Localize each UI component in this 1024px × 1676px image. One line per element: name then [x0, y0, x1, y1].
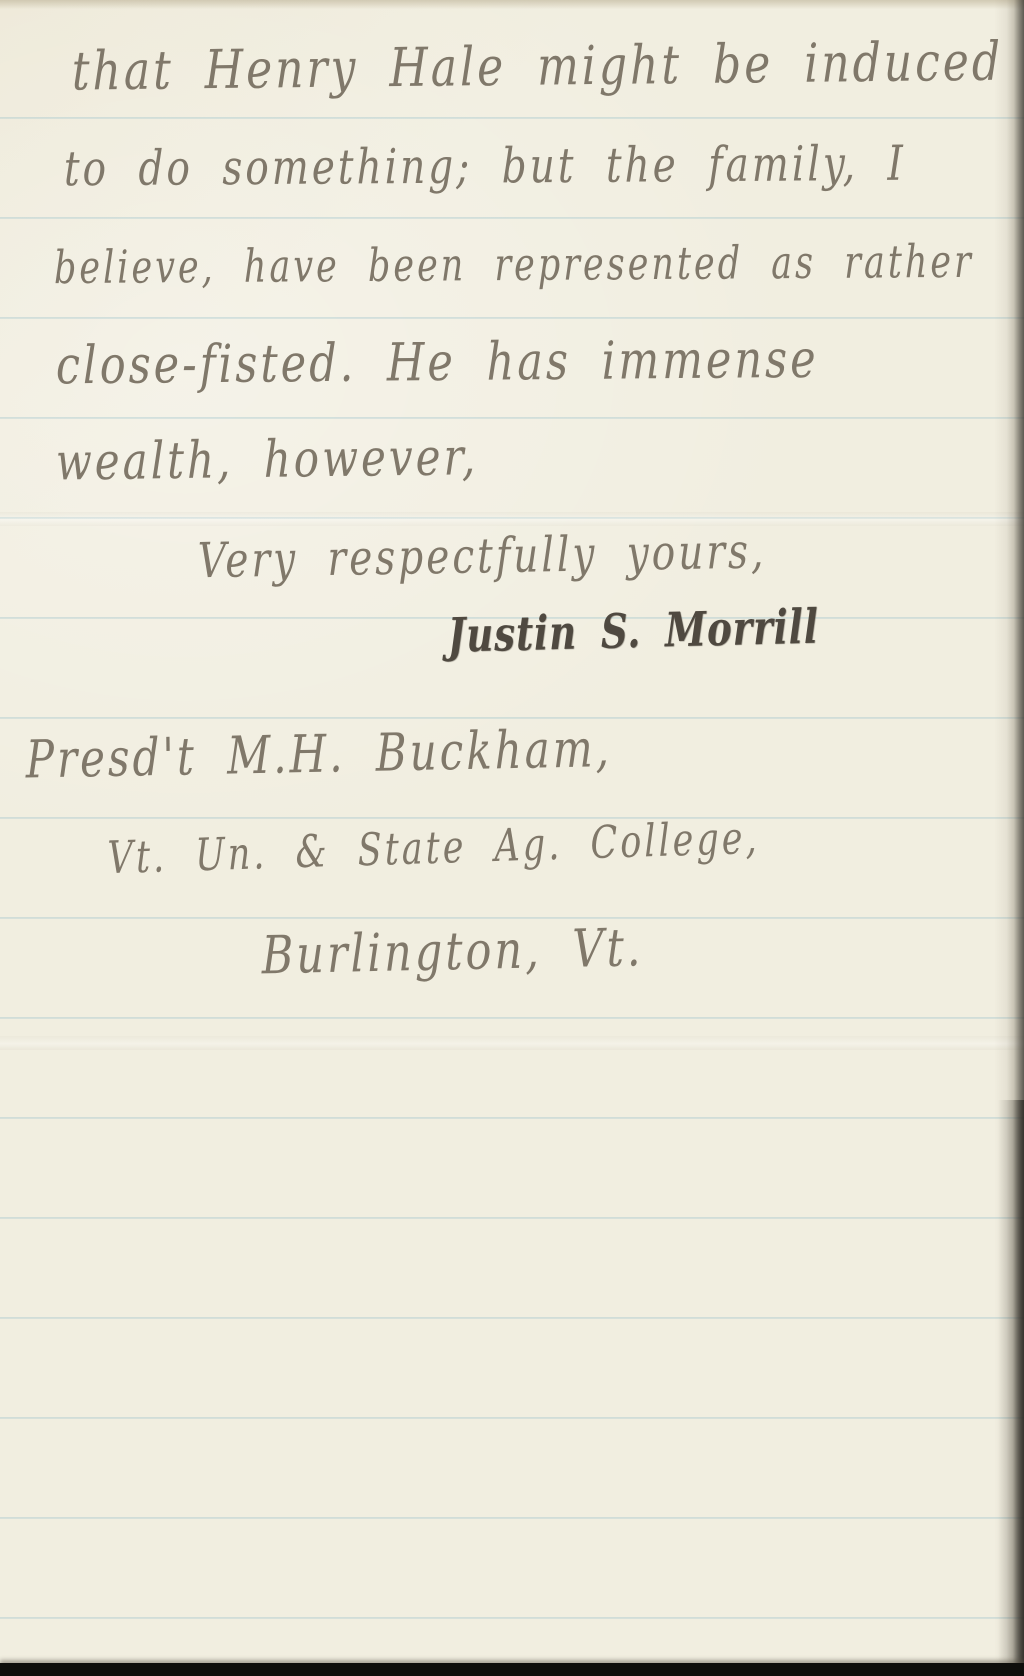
letter-body-line-1: that Henry Hale might be induced	[72, 28, 1004, 105]
paper-right-edge-shadow-lower	[998, 1100, 1024, 1664]
scan-bottom-strip	[0, 1663, 1024, 1676]
letter-body-line-2: to do something; but the family, I	[64, 135, 906, 201]
letter-body-line-3: believe, have been represented as rather	[54, 235, 974, 298]
letter-paper: that Henry Hale might be induced to do s…	[0, 0, 1024, 1664]
letter-closing: Very respectfully yours,	[197, 523, 766, 593]
scanned-letter-page: that Henry Hale might be induced to do s…	[0, 0, 1024, 1676]
paper-top-edge-shadow	[0, 0, 1024, 9]
letter-body-line-5: wealth, however,	[56, 425, 479, 494]
letter-body-line-4: close-fisted. He has immense	[56, 328, 819, 400]
recipient-line-3: Burlington, Vt.	[261, 916, 644, 990]
recipient-line-1: Presd't M.H. Buckham,	[25, 717, 612, 794]
signature: Justin S. Morrill	[447, 597, 819, 665]
